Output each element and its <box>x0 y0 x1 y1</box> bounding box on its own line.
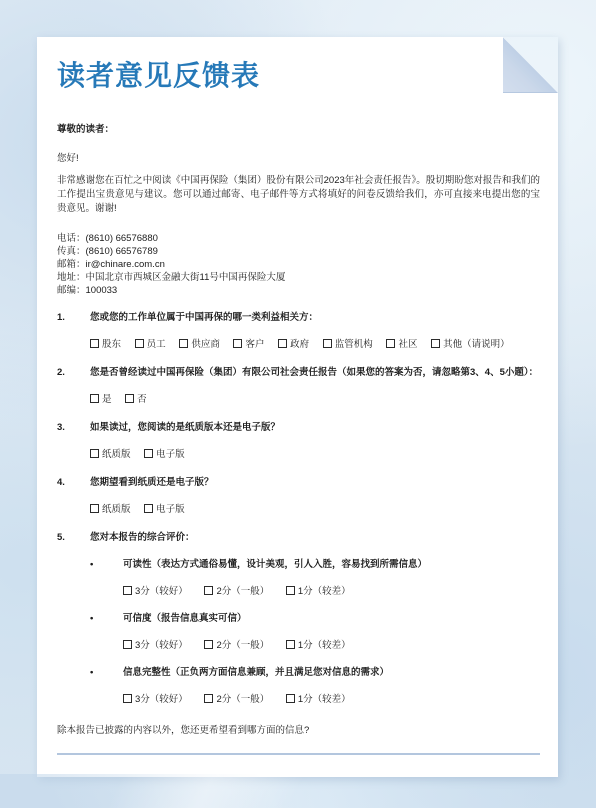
bullet-icon: • <box>90 666 123 680</box>
checkbox-option[interactable]: 3分（较好） <box>123 585 188 599</box>
question-2-number: 2. <box>57 366 90 380</box>
intro-paragraph: 非常感谢您在百忙之中阅读《中国再保险（集团）股份有限公司2023年社会责任报告》… <box>57 174 540 216</box>
option-label: 客户 <box>245 339 264 350</box>
checkbox-option[interactable]: 员工 <box>135 338 166 352</box>
contact-phone: 电话：(8610) 66576880 <box>57 232 540 245</box>
question-4-number: 4. <box>57 476 90 490</box>
option-label: 监管机构 <box>335 339 373 350</box>
option-label: 2分（一般） <box>216 586 269 597</box>
checkbox-icon <box>204 640 213 649</box>
checkbox-option[interactable]: 电子版 <box>144 503 185 517</box>
checkbox-option[interactable]: 纸质版 <box>90 503 131 517</box>
question-1-options: 股东 员工 供应商 客户 政府 监管机构 社区 其他（请说明） <box>90 338 540 352</box>
bullet-icon: • <box>90 612 123 626</box>
question-3-number: 3. <box>57 421 90 435</box>
question-4: 4. 您期望看到纸质还是电子版？ <box>57 476 540 490</box>
option-label: 否 <box>137 394 147 405</box>
checkbox-option[interactable]: 监管机构 <box>323 338 373 352</box>
readability-options: 3分（较好） 2分（一般） 1分（较差） <box>123 585 540 599</box>
contact-fax: 传真：(8610) 66576789 <box>57 245 540 258</box>
question-5-subitem-credibility: • 可信度（报告信息真实可信） <box>90 612 540 626</box>
fax-value: (8610) 66576789 <box>86 246 158 257</box>
option-label: 供应商 <box>191 339 220 350</box>
option-label: 员工 <box>147 339 166 350</box>
checkbox-icon <box>233 339 242 348</box>
subitem-text: 可信度（报告信息真实可信） <box>123 612 540 626</box>
question-3-text: 如果读过，您阅读的是纸质版本还是电子版？ <box>90 421 540 435</box>
question-2-options: 是 否 <box>90 393 540 407</box>
question-3-options: 纸质版 电子版 <box>90 448 540 462</box>
checkbox-option[interactable]: 是 <box>90 393 112 407</box>
checkbox-option[interactable]: 2分（一般） <box>204 585 269 599</box>
page-content: 读者意见反馈表 尊敬的读者： 您好! 非常感谢您在百忙之中阅读《中国再保险（集团… <box>37 37 558 777</box>
answer-write-in-line <box>57 753 540 755</box>
checkbox-icon <box>123 586 132 595</box>
checkbox-icon <box>125 394 134 403</box>
salutation-text: 尊敬的读者： <box>57 123 540 137</box>
greeting-text: 您好! <box>57 152 540 166</box>
checkbox-option[interactable]: 2分（一般） <box>204 693 269 707</box>
option-label: 3分（较好） <box>135 640 188 651</box>
option-label: 股东 <box>102 339 121 350</box>
option-label: 其他（请说明） <box>443 339 510 350</box>
contact-email: 邮箱：ir@chinare.com.cn <box>57 258 540 271</box>
checkbox-icon <box>135 339 144 348</box>
checkbox-option[interactable]: 1分（较差） <box>286 585 351 599</box>
checkbox-option[interactable]: 1分（较差） <box>286 693 351 707</box>
checkbox-option[interactable]: 3分（较好） <box>123 693 188 707</box>
checkbox-option[interactable]: 1分（较差） <box>286 639 351 653</box>
question-4-options: 纸质版 电子版 <box>90 503 540 517</box>
checkbox-icon <box>123 640 132 649</box>
checkbox-option[interactable]: 2分（一般） <box>204 639 269 653</box>
phone-value: (8610) 66576880 <box>86 233 158 244</box>
checkbox-option[interactable]: 否 <box>125 393 147 407</box>
checkbox-icon <box>278 339 287 348</box>
contact-address: 地址：中国北京市西城区金融大街11号中国再保险大厦 <box>57 271 540 284</box>
feedback-form-page: 读者意见反馈表 尊敬的读者： 您好! 非常感谢您在百忙之中阅读《中国再保险（集团… <box>37 37 558 777</box>
page-title: 读者意见反馈表 <box>57 57 540 95</box>
completeness-options: 3分（较好） 2分（一般） 1分（较差） <box>123 693 540 707</box>
option-label: 1分（较差） <box>298 640 351 651</box>
option-label: 2分（一般） <box>216 640 269 651</box>
checkbox-icon <box>144 449 153 458</box>
checkbox-icon <box>90 504 99 513</box>
zip-label: 邮编： <box>57 285 86 296</box>
checkbox-icon <box>386 339 395 348</box>
option-label: 政府 <box>290 339 309 350</box>
question-5-subitem-completeness: • 信息完整性（正负两方面信息兼顾，并且满足您对信息的需求） <box>90 666 540 680</box>
option-label: 1分（较差） <box>298 586 351 597</box>
watercolor-backdrop: 读者意见反馈表 尊敬的读者： 您好! 非常感谢您在百忙之中阅读《中国再保险（集团… <box>0 0 596 808</box>
checkbox-icon <box>286 586 295 595</box>
phone-label: 电话： <box>57 233 86 244</box>
checkbox-option[interactable]: 政府 <box>278 338 309 352</box>
question-5: 5. 您对本报告的综合评价： <box>57 531 540 545</box>
checkbox-icon <box>204 586 213 595</box>
checkbox-icon <box>123 694 132 703</box>
contact-block: 电话：(8610) 66576880 传真：(8610) 66576789 邮箱… <box>57 232 540 297</box>
option-label: 3分（较好） <box>135 694 188 705</box>
subitem-text: 可读性（表达方式通俗易懂，设计美观，引人入胜，容易找到所需信息） <box>123 558 540 572</box>
checkbox-icon <box>90 339 99 348</box>
checkbox-option[interactable]: 供应商 <box>179 338 220 352</box>
question-1-number: 1. <box>57 311 90 325</box>
question-5-subitem-readability: • 可读性（表达方式通俗易懂，设计美观，引人入胜，容易找到所需信息） <box>90 558 540 572</box>
address-value: 中国北京市西城区金融大街11号中国再保险大厦 <box>86 272 286 283</box>
option-label: 社区 <box>398 339 417 350</box>
checkbox-option[interactable]: 其他（请说明） <box>431 338 510 352</box>
question-5-number: 5. <box>57 531 90 545</box>
checkbox-option[interactable]: 电子版 <box>144 448 185 462</box>
question-2-text: 您是否曾经读过中国再保险（集团）有限公司社会责任报告（如果您的答案为否，请忽略第… <box>90 366 540 380</box>
option-label: 1分（较差） <box>298 694 351 705</box>
checkbox-icon <box>286 640 295 649</box>
checkbox-option[interactable]: 纸质版 <box>90 448 131 462</box>
checkbox-icon <box>90 449 99 458</box>
question-1-text: 您或您的工作单位属于中国再保的哪一类利益相关方： <box>90 311 540 325</box>
question-1: 1. 您或您的工作单位属于中国再保的哪一类利益相关方： <box>57 311 540 325</box>
checkbox-icon <box>90 394 99 403</box>
option-label: 是 <box>102 394 112 405</box>
question-2: 2. 您是否曾经读过中国再保险（集团）有限公司社会责任报告（如果您的答案为否，请… <box>57 366 540 380</box>
zip-value: 100033 <box>86 285 118 296</box>
checkbox-icon <box>323 339 332 348</box>
fax-label: 传真： <box>57 246 86 257</box>
checkbox-icon <box>179 339 188 348</box>
closing-question: 除本报告已披露的内容以外，您还更希望看到哪方面的信息? <box>57 724 540 738</box>
question-5-text: 您对本报告的综合评价： <box>90 531 540 545</box>
option-label: 纸质版 <box>102 504 131 515</box>
email-label: 邮箱： <box>57 259 86 270</box>
checkbox-icon <box>286 694 295 703</box>
checkbox-option[interactable]: 3分（较好） <box>123 639 188 653</box>
address-label: 地址： <box>57 272 86 283</box>
option-label: 纸质版 <box>102 449 131 460</box>
credibility-options: 3分（较好） 2分（一般） 1分（较差） <box>123 639 540 653</box>
checkbox-option[interactable]: 股东 <box>90 338 121 352</box>
question-4-text: 您期望看到纸质还是电子版？ <box>90 476 540 490</box>
checkbox-icon <box>144 504 153 513</box>
checkbox-icon <box>431 339 440 348</box>
checkbox-option[interactable]: 社区 <box>386 338 417 352</box>
checkbox-icon <box>204 694 213 703</box>
email-value: ir@chinare.com.cn <box>86 259 165 270</box>
checkbox-option[interactable]: 客户 <box>233 338 264 352</box>
option-label: 电子版 <box>156 449 185 460</box>
contact-zip: 邮编：100033 <box>57 284 540 297</box>
bullet-icon: • <box>90 558 123 572</box>
option-label: 3分（较好） <box>135 586 188 597</box>
option-label: 2分（一般） <box>216 694 269 705</box>
question-3: 3. 如果读过，您阅读的是纸质版本还是电子版？ <box>57 421 540 435</box>
subitem-text: 信息完整性（正负两方面信息兼顾，并且满足您对信息的需求） <box>123 666 540 680</box>
option-label: 电子版 <box>156 504 185 515</box>
